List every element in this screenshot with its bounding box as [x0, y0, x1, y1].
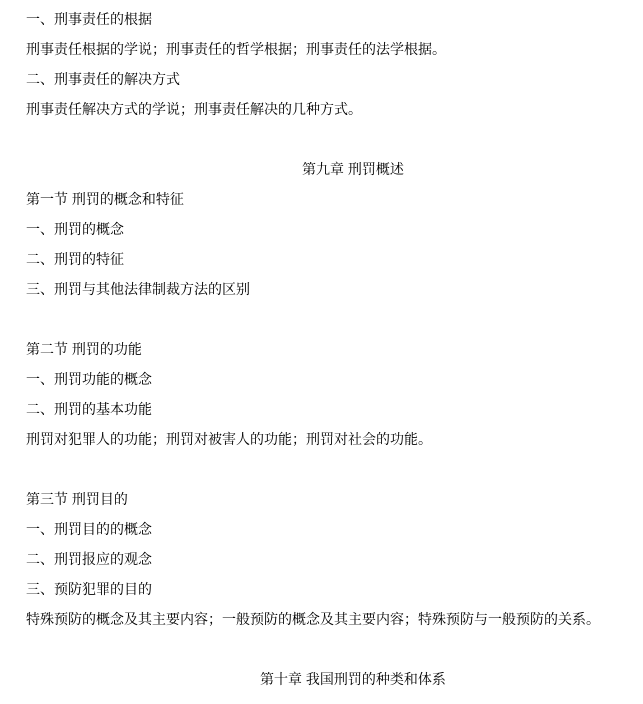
chapter-heading: 第十章 我国刑罚的种类和体系 — [26, 664, 635, 694]
blank-line — [26, 304, 635, 334]
body-text: 刑事责任解决方式的学说；刑事责任解决的几种方式。 — [26, 94, 635, 124]
outline-item: 一、刑罚目的的概念 — [26, 514, 635, 544]
section-heading: 第三节 刑罚目的 — [26, 484, 635, 514]
outline-item: 一、刑罚功能的概念 — [26, 364, 635, 394]
body-text: 特殊预防的概念及其主要内容；一般预防的概念及其主要内容；特殊预防与一般预防的关系… — [26, 604, 635, 634]
body-text: 刑罚对犯罪人的功能；刑罚对被害人的功能；刑罚对社会的功能。 — [26, 424, 635, 454]
outline-item: 二、刑罚的基本功能 — [26, 394, 635, 424]
section-heading: 第二节 刑罚的功能 — [26, 334, 635, 364]
outline-item: 一、刑事责任的根据 — [26, 4, 635, 34]
outline-item: 二、刑罚报应的观念 — [26, 544, 635, 574]
section-heading: 第一节 刑罚的概念和特征 — [26, 184, 635, 214]
outline-item: 二、刑罚的特征 — [26, 244, 635, 274]
blank-line — [26, 124, 635, 154]
outline-item: 三、刑罚与其他法律制裁方法的区别 — [26, 274, 635, 304]
outline-item: 三、预防犯罪的目的 — [26, 574, 635, 604]
outline-item: 二、刑事责任的解决方式 — [26, 64, 635, 94]
body-text: 刑事责任根据的学说；刑事责任的哲学根据；刑事责任的法学根据。 — [26, 34, 635, 64]
outline-item: 一、刑罚的概念 — [26, 214, 635, 244]
chapter-heading: 第九章 刑罚概述 — [26, 154, 635, 184]
blank-line — [26, 634, 635, 664]
document-page: 一、刑事责任的根据刑事责任根据的学说；刑事责任的哲学根据；刑事责任的法学根据。二… — [0, 0, 643, 704]
blank-line — [26, 454, 635, 484]
